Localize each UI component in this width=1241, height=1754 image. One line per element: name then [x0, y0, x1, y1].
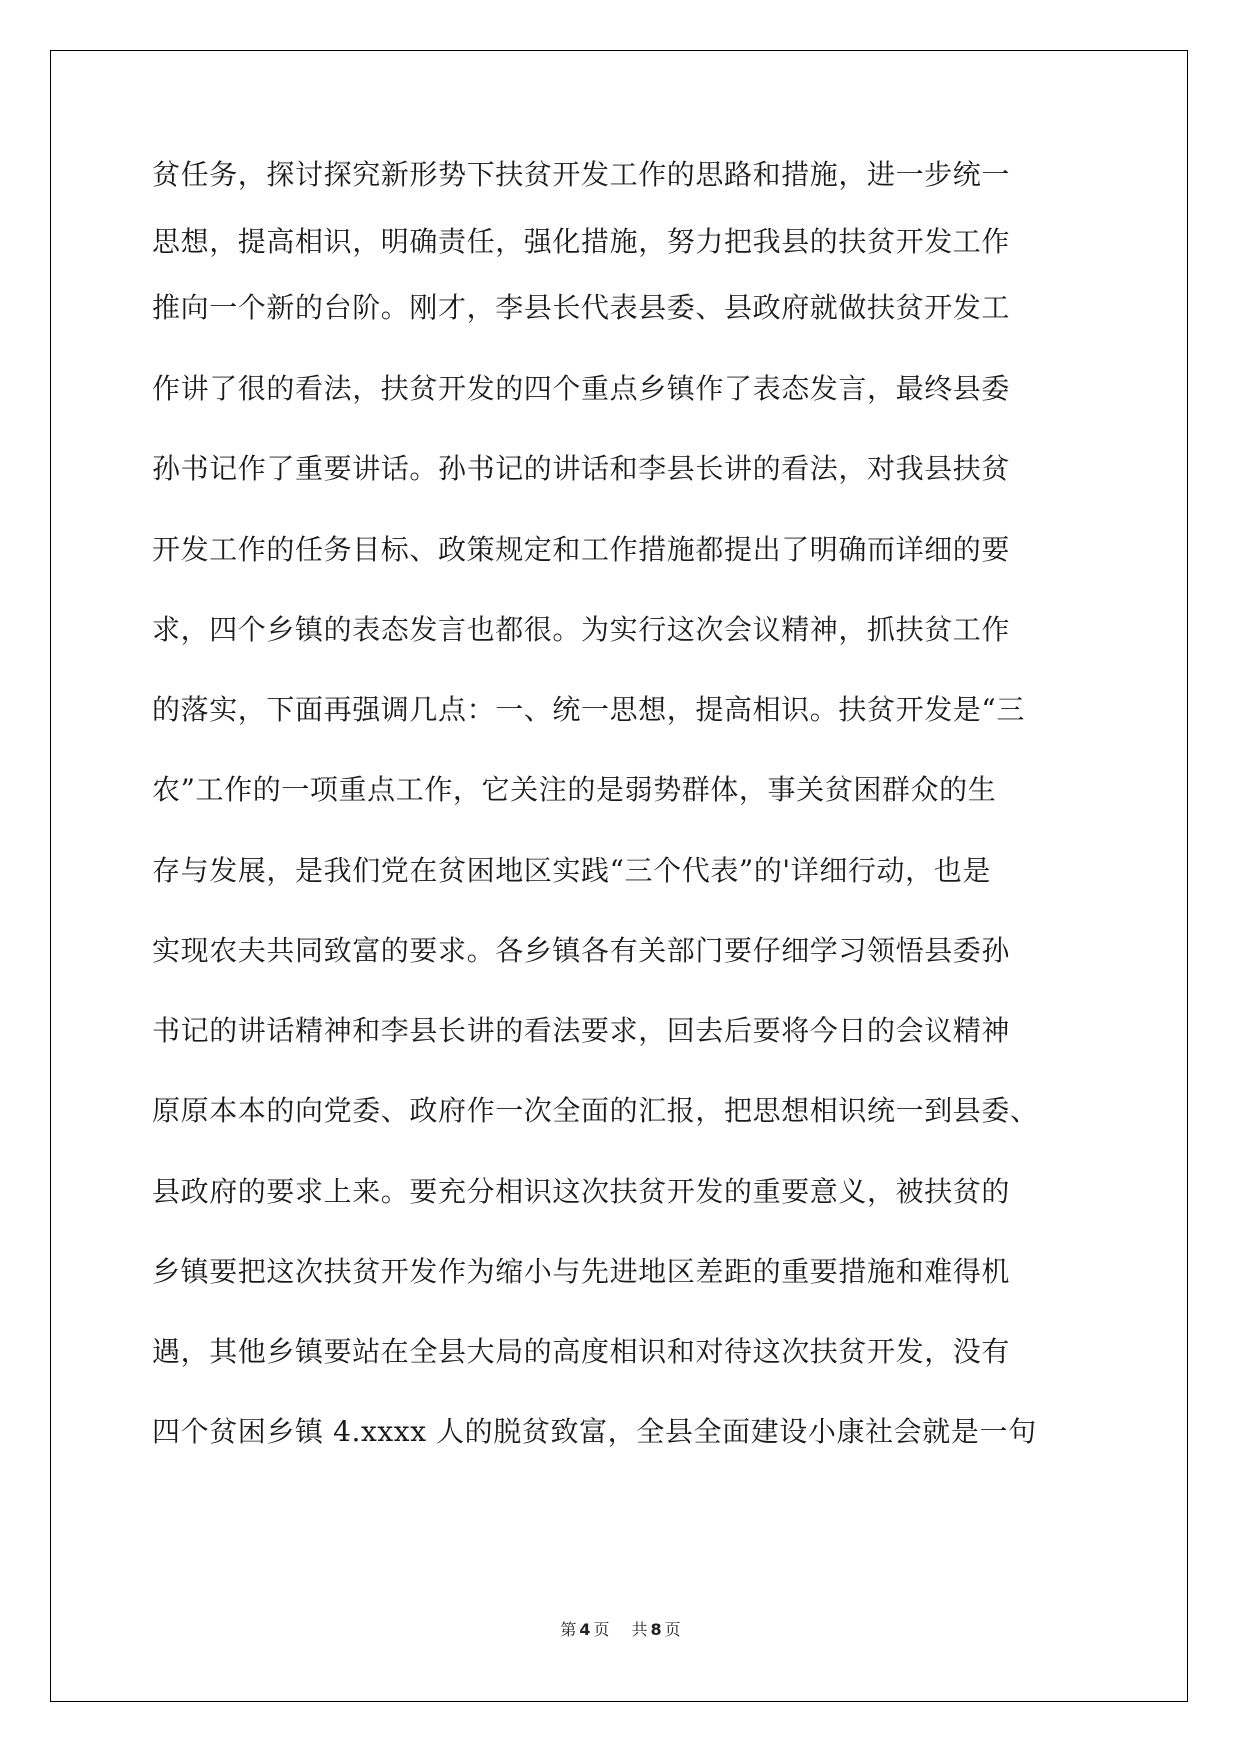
- page-number-footer: 第4页共8页: [0, 1620, 1241, 1640]
- text-line: 遇，其他乡镇要站在全县大局的高度相识和对待这次扶贫开发，没有: [152, 1334, 1010, 1370]
- text-line: 四个贫困乡镇 4.xxxx 人的脱贫致富，全县全面建设小康社会就是一句: [152, 1414, 1037, 1450]
- footer-total-unit: 页: [665, 1620, 681, 1639]
- text-line: 乡镇要把这次扶贫开发作为缩小与先进地区差距的重要措施和难得机: [152, 1254, 1010, 1290]
- footer-prefix: 第: [560, 1620, 576, 1639]
- text-line: 作讲了很的看法，扶贫开发的四个重点乡镇作了表态发言，最终县委: [152, 371, 1010, 407]
- text-line: 的落实，下面再强调几点：一、统一思想，提高相识。扶贫开发是“三: [152, 692, 1025, 728]
- text-line: 孙书记作了重要讲话。孙书记的讲话和李县长讲的看法，对我县扶贫: [152, 451, 1010, 487]
- text-line: 贫任务，探讨探究新形势下扶贫开发工作的思路和措施，进一步统一: [152, 157, 1010, 193]
- text-line: 实现农夫共同致富的要求。各乡镇各有关部门要仔细学习领悟县委孙: [152, 933, 1010, 969]
- text-line: 求，四个乡镇的表态发言也都很。为实行这次会议精神，抓扶贫工作: [152, 612, 1010, 648]
- text-line: 存与发展，是我们党在贫困地区实践“三个代表”的'详细行动，也是: [152, 853, 991, 889]
- footer-total-prefix: 共: [632, 1620, 648, 1639]
- text-line: 县政府的要求上来。要充分相识这次扶贫开发的重要意义，被扶贫的: [152, 1174, 1010, 1210]
- text-line: 书记的讲话精神和李县长讲的看法要求，回去后要将今日的会议精神: [152, 1013, 1010, 1049]
- text-line: 原原本本的向党委、政府作一次全面的汇报，把思想相识统一到县委、: [152, 1093, 1039, 1129]
- current-page-number: 4: [579, 1620, 590, 1639]
- text-line: 开发工作的任务目标、政策规定和工作措施都提出了明确而详细的要: [152, 532, 1010, 568]
- text-line: 推向一个新的台阶。刚才，李县长代表县委、县政府就做扶贫开发工: [152, 290, 1010, 326]
- footer-page-unit: 页: [593, 1620, 609, 1639]
- text-line: 农”工作的一项重点工作，它关注的是弱势群体，事关贫困群众的生: [152, 772, 996, 808]
- total-pages-number: 8: [651, 1620, 662, 1639]
- text-line: 思想，提高相识，明确责任，强化措施，努力把我县的扶贫开发工作: [152, 224, 1010, 260]
